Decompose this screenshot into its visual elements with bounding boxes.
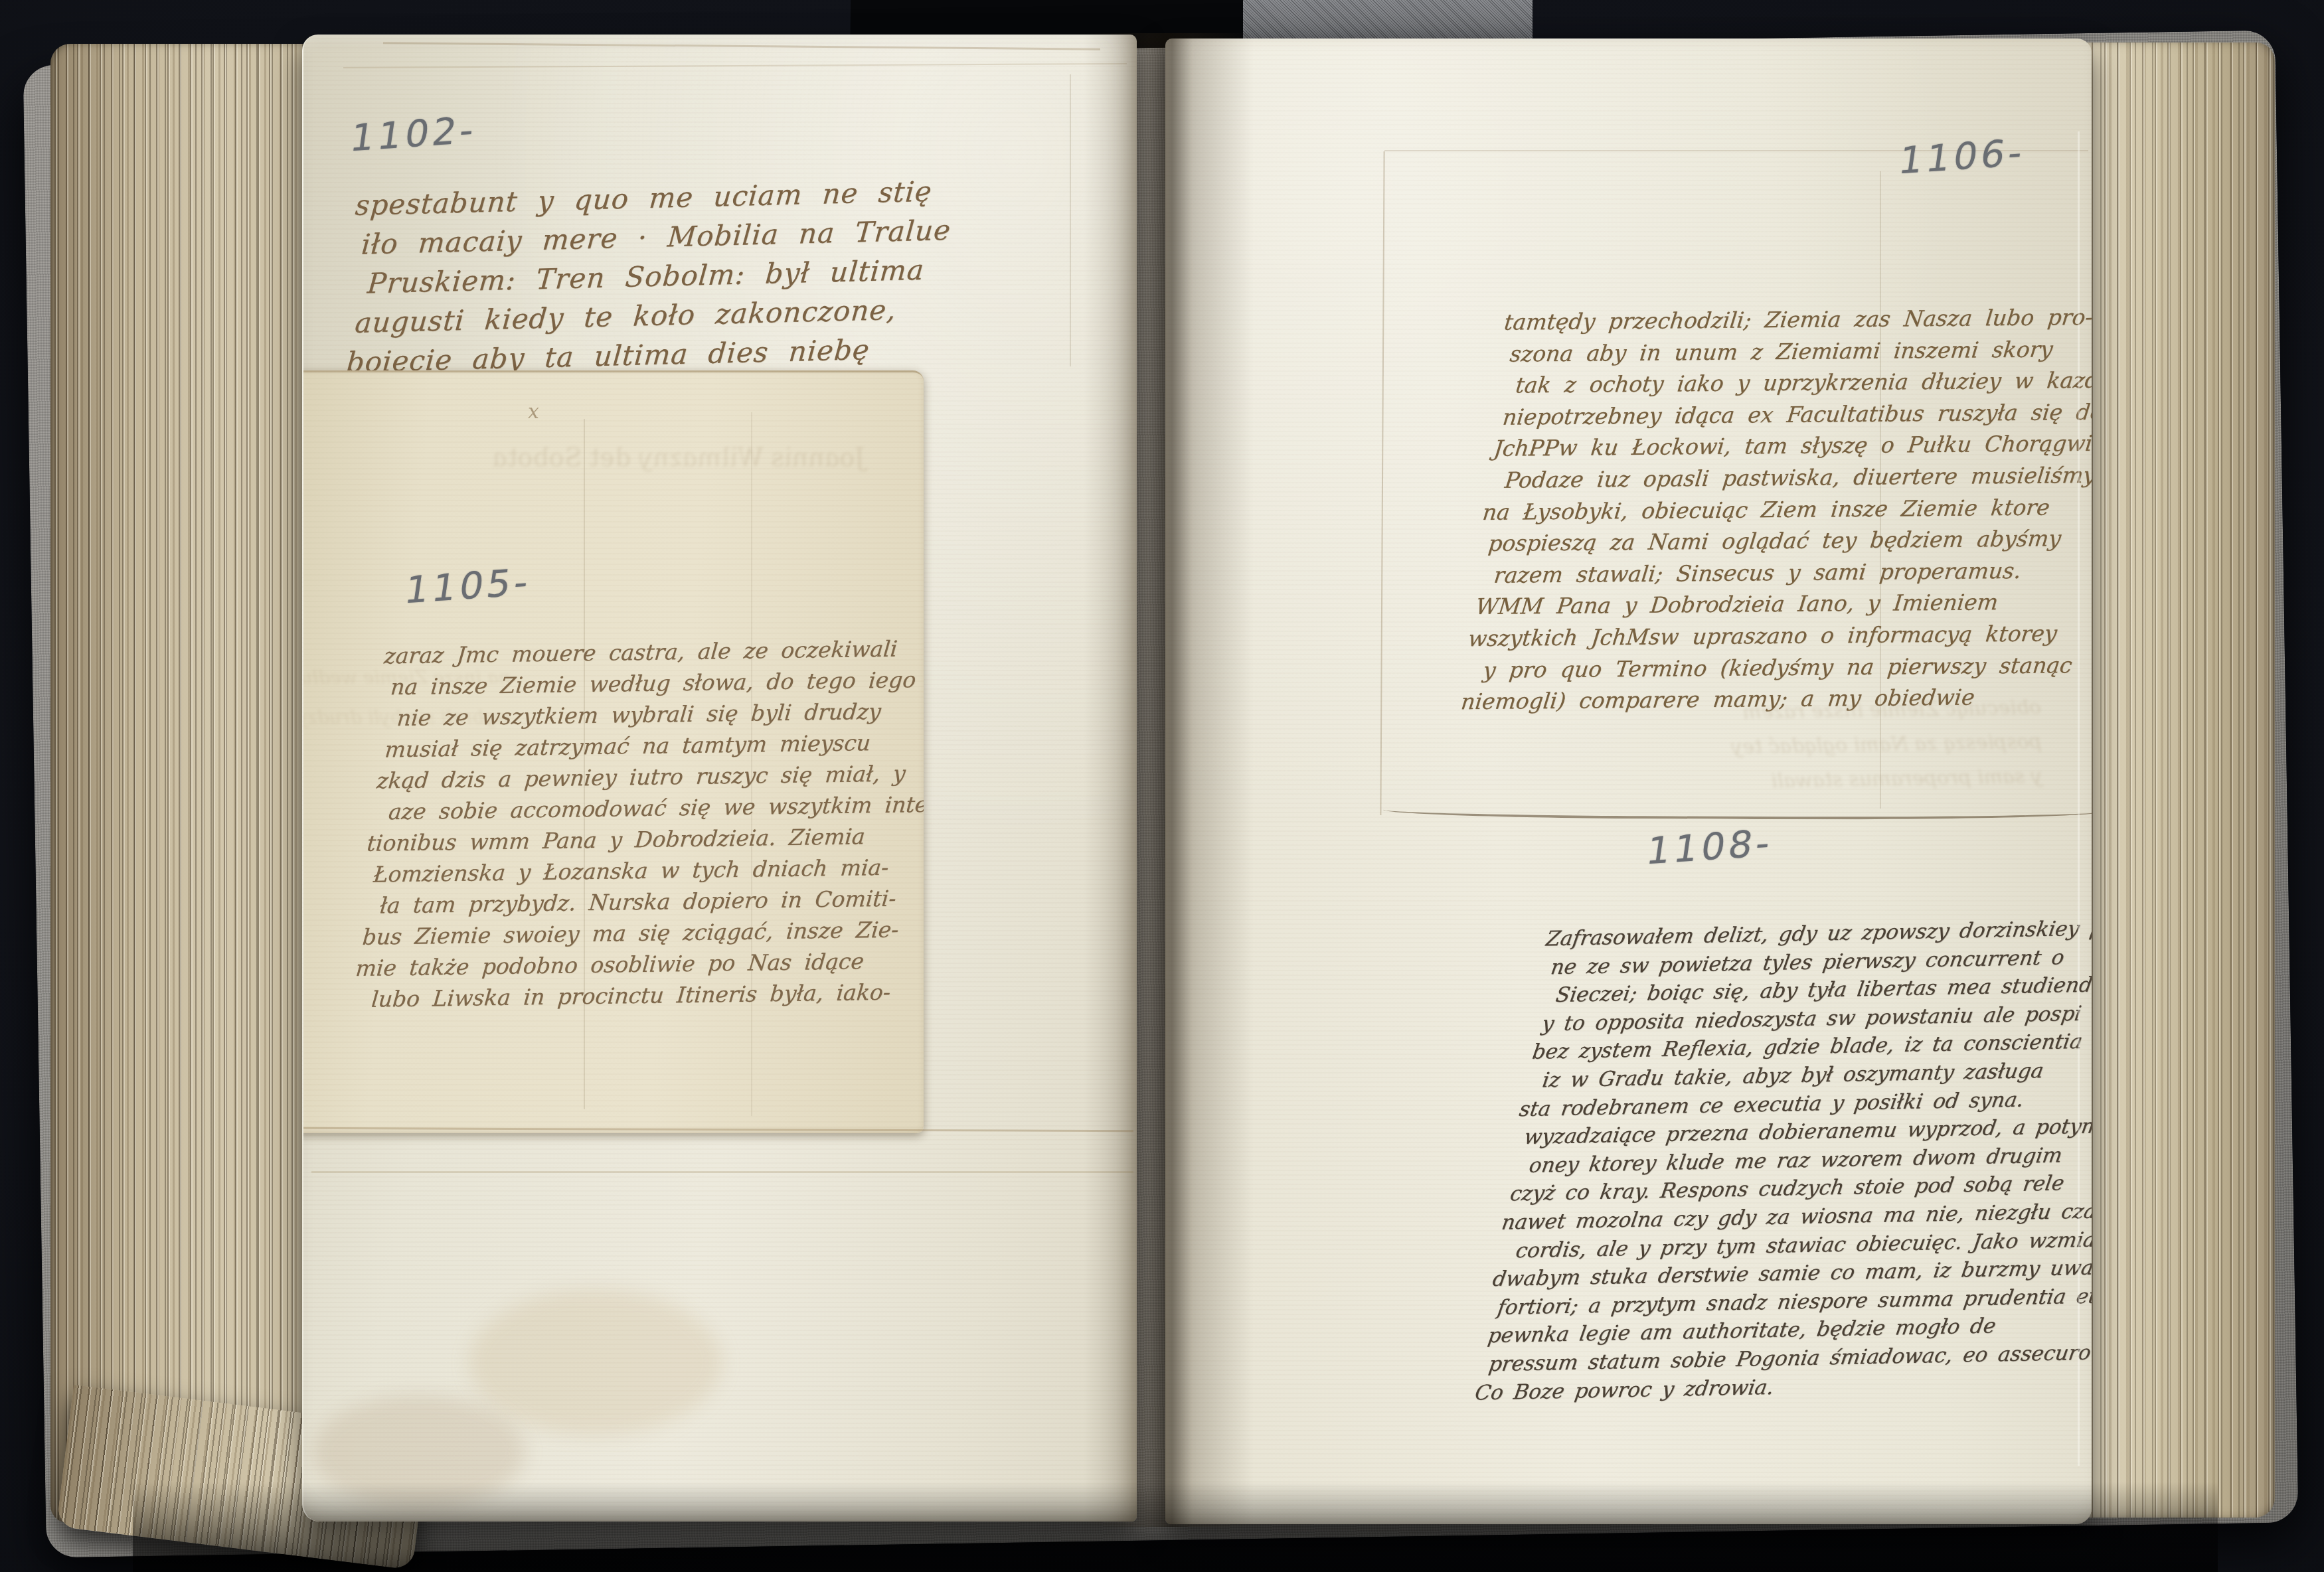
handwriting-line: Podaze iuz opasli pastwiska, diuertere m… bbox=[1503, 459, 2089, 496]
book-gutter-shadow bbox=[1084, 33, 1254, 1527]
book-bottom-shadow bbox=[133, 1482, 2218, 1572]
bleedthrough-text-lower: obiecuiąc Ziemie insze razempospieszą za… bbox=[1430, 690, 2043, 805]
handwriting-line: WMM Pana y Dobrodzieia Iano, y Imieniem bbox=[1474, 586, 2074, 623]
page-edge-highlight bbox=[2078, 131, 2080, 1466]
handwriting-line: razem stawali; Sinsecus y sami properamu… bbox=[1492, 554, 2078, 591]
sheet-torn-edge-left bbox=[1380, 151, 1384, 815]
handwriting-line: y pro quo Termino (kiedyśmy na pierwszy … bbox=[1481, 649, 2067, 686]
handwriting-line: tak z ochoty iako y uprzykrzenia dłuziey… bbox=[1514, 364, 2092, 401]
pasted-sheet-1105: x Joannis Wilmazny det Sobota na insze Z… bbox=[302, 370, 924, 1133]
handwriting-line: wszytkich JchMsw upraszano o informacyą … bbox=[1467, 617, 2071, 655]
sheet-edge-streak bbox=[383, 42, 1100, 50]
manuscript-photo: 1102- spestabunt y quo me uciam ne stięi… bbox=[0, 0, 2324, 1572]
handwriting-line: na Łysobyki, obiecuiąc Ziem insze Ziemie… bbox=[1481, 491, 2085, 528]
sheet-torn-edge-bottom bbox=[1383, 798, 2092, 821]
page-edge-stack-right bbox=[2074, 42, 2275, 1518]
handwriting-line: tamtędy przechodzili; Ziemia zas Nasza l… bbox=[1503, 301, 2092, 339]
bleedthrough-text: Joannis Wilmazny det Sobota bbox=[329, 431, 870, 484]
handwriting-block-1108: Zafrasowałem delizt, gdy uz zpowszy dorz… bbox=[1473, 913, 2092, 1407]
handwriting-line: lubo Liwska in procinctu Itineris była, … bbox=[370, 977, 898, 1015]
handwriting-block-1105: zaraz Jmc mouere castra, ale ze oczekiwa… bbox=[351, 633, 924, 1015]
paper-stain bbox=[469, 1289, 722, 1435]
handwriting-line: pospieszą za Nami oglądać tey będziem ab… bbox=[1487, 522, 2082, 559]
sheet-edge-streak bbox=[343, 63, 1127, 68]
pencil-page-number-1106: 1106- bbox=[1896, 131, 2028, 183]
left-page: 1102- spestabunt y quo me uciam ne stięi… bbox=[302, 35, 1137, 1522]
pencil-page-number-1102: 1102- bbox=[347, 109, 479, 161]
ink-mark-x: x bbox=[528, 400, 539, 424]
right-page: 1106- tamtędy przechodzili; Ziemia zas N… bbox=[1165, 39, 2092, 1524]
page-edge-stack-left bbox=[50, 44, 311, 1523]
under-sheet-edge bbox=[311, 1171, 1133, 1173]
handwriting-block-1106: tamtędy przechodzili; Ziemia zas Nasza l… bbox=[1459, 301, 2092, 718]
pencil-page-number-1105: 1105- bbox=[402, 561, 534, 613]
handwriting-line: niepotrzebney idąca ex Facultatibus rusz… bbox=[1501, 396, 2092, 433]
handwriting-line: JchPPw ku Łockowi, tam słyszę o Pułku Ch… bbox=[1492, 428, 2092, 464]
pencil-page-number-1108: 1108- bbox=[1643, 822, 1776, 874]
table-foam-strip bbox=[1243, 0, 1533, 42]
handwriting-line: szona aby in unum z Ziemiami inszemi sko… bbox=[1508, 333, 2092, 369]
